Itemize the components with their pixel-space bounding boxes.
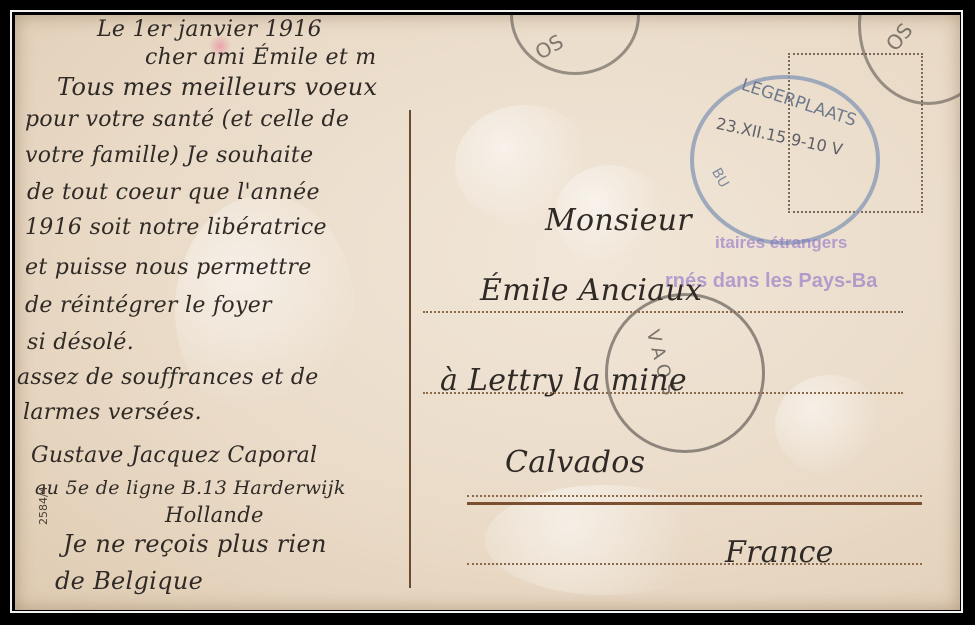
address-line xyxy=(423,311,903,313)
message-postscript: Je ne reçois plus rien xyxy=(63,530,327,558)
message-postscript: de Belgique xyxy=(55,567,203,595)
message-date: Le 1er janvier 1916 xyxy=(97,17,322,42)
center-divider xyxy=(409,110,411,588)
embossed-flower xyxy=(775,375,885,475)
message-line: larmes versées. xyxy=(23,400,202,425)
address-department: Calvados xyxy=(505,445,645,480)
message-line: Tous mes meilleurs voeux xyxy=(57,73,377,101)
message-line: de tout coeur que l'année xyxy=(27,180,320,205)
address-rule xyxy=(467,502,922,505)
message-line: et puisse nous permettre xyxy=(25,255,312,280)
message-signature: Gustave Jacquez Caporal xyxy=(31,443,317,468)
message-line: pour votre santé (et celle de xyxy=(25,107,349,132)
address-title: Monsieur xyxy=(545,203,692,238)
address-line xyxy=(467,495,922,497)
message-line: votre famille) Je souhaite xyxy=(25,143,313,168)
message-greeting: cher ami Émile et m xyxy=(145,45,376,70)
postmark-upper-left xyxy=(510,15,640,75)
address-line xyxy=(423,392,903,394)
message-line: si désolé. xyxy=(27,330,134,355)
internment-cachet-line: itaires étrangers xyxy=(715,233,847,253)
message-country: Hollande xyxy=(165,503,264,527)
address-line xyxy=(467,563,922,565)
serial-number: 2584/4 xyxy=(37,486,50,525)
message-line: 1916 soit notre libératrice xyxy=(25,215,327,240)
message-line: de réintégrer le foyer xyxy=(25,293,272,318)
postcard: Le 1er janvier 1916 cher ami Émile et m … xyxy=(15,15,960,610)
message-line: assez de souffrances et de xyxy=(17,365,319,390)
address-name: Émile Anciaux xyxy=(480,273,702,308)
message-unit: au 5e de ligne B.13 Harderwijk xyxy=(35,477,346,499)
